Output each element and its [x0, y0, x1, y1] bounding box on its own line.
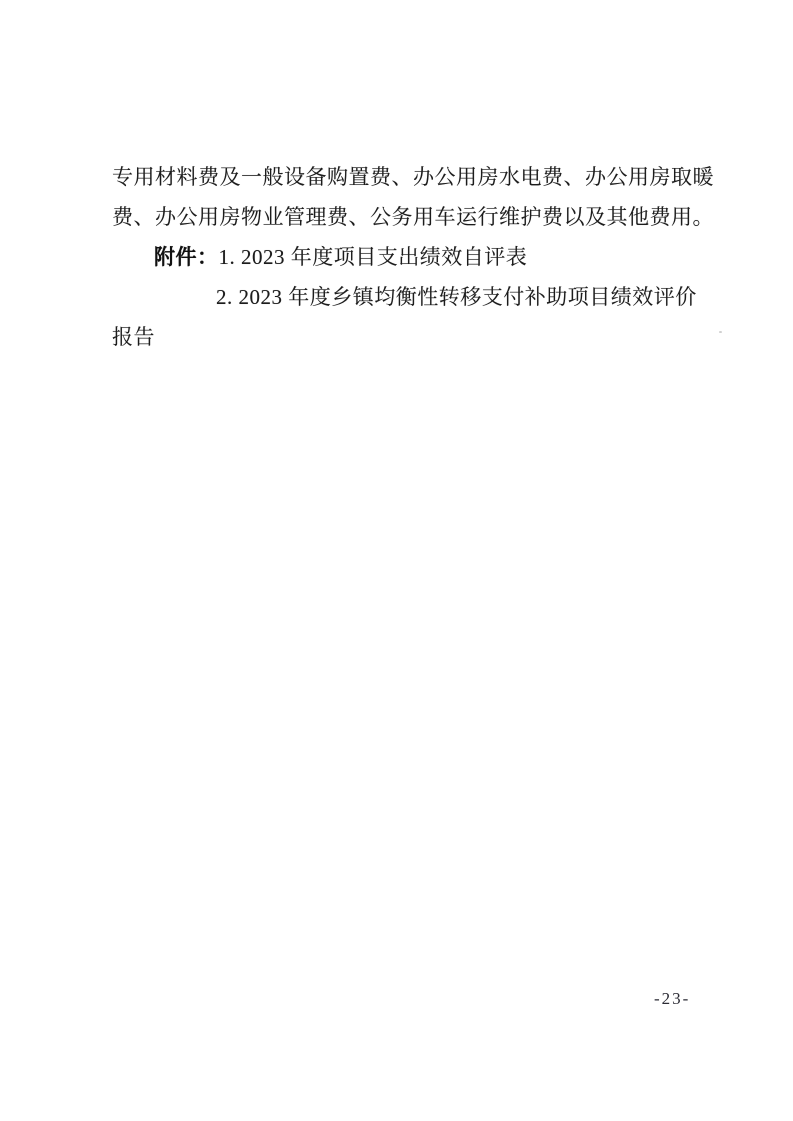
scan-speck: [719, 331, 722, 333]
attachment-item-2-line: 2. 2023 年度乡镇均衡性转移支付补助项目绩效评价: [112, 277, 722, 317]
page-number: -23-: [654, 989, 690, 1009]
document-page: 专用材料费及一般设备购置费、办公用房水电费、办公用房取暖 费、办公用房物业管理费…: [0, 0, 793, 1121]
attachment-heading-line: 附件：1. 2023 年度项目支出绩效自评表: [112, 237, 722, 277]
attachment-item-2-continuation: 报告: [112, 317, 722, 357]
document-body: 专用材料费及一般设备购置费、办公用房水电费、办公用房取暖 费、办公用房物业管理费…: [112, 157, 722, 357]
paragraph-line-1: 专用材料费及一般设备购置费、办公用房水电费、办公用房取暖: [112, 157, 722, 197]
attachment-item-1: 1. 2023 年度项目支出绩效自评表: [219, 245, 528, 269]
paragraph-line-2: 费、办公用房物业管理费、公务用车运行维护费以及其他费用。: [112, 197, 722, 237]
attachment-label: 附件：: [154, 246, 219, 269]
